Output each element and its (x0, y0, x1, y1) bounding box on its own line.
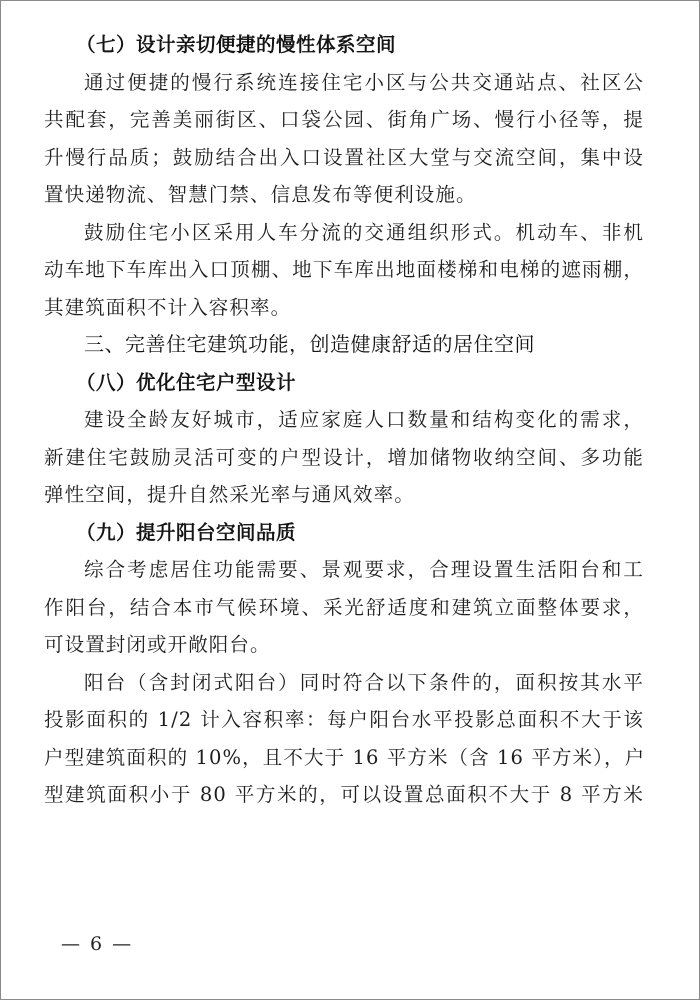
paragraph-line: 建设全龄友好城市，适应家庭人口数量和结构变化的需求， (44, 401, 644, 439)
paragraph-line: 型建筑面积小于 80 平方米的，可以设置总面积不大于 8 平方米 (44, 776, 644, 814)
paragraph-line: 通过便捷的慢行系统连接住宅小区与公共交通站点、社区公 (44, 64, 644, 102)
paragraph-line: 阳台（含封闭式阳台）同时符合以下条件的，面积按其水平 (44, 664, 644, 702)
paragraph-pedestrian-vehicle-separation: 鼓励住宅小区采用人车分流的交通组织形式。机动车、非机 动车地下车库出入口顶棚、地… (44, 214, 644, 327)
paragraph-line: 其建筑面积不计入容积率。 (44, 289, 644, 327)
paragraph-line: 综合考虑居住功能需要、景观要求，合理设置生活阳台和工 (44, 551, 644, 589)
paragraph-line: 动车地下车库出入口顶棚、地下车库出地面楼梯和电梯的遮雨棚， (44, 251, 644, 289)
paragraph-line: 作阳台，结合本市气候环境、采光舒适度和建筑立面整体要求， (44, 589, 644, 627)
subheading-7: （七）设计亲切便捷的慢性体系空间 (44, 26, 644, 64)
paragraph-slow-traffic: 通过便捷的慢行系统连接住宅小区与公共交通站点、社区公 共配套，完善美丽街区、口袋… (44, 64, 644, 214)
subheading-9: （九）提升阳台空间品质 (44, 514, 644, 552)
paragraph-line: 置快递物流、智慧门禁、信息发布等便利设施。 (44, 176, 644, 214)
paragraph-line: 升慢行品质；鼓励结合出入口设置社区大堂与交流空间，集中设 (44, 139, 644, 177)
paragraph-line: 弹性空间，提升自然采光率与通风效率。 (44, 476, 644, 514)
paragraph-unit-design: 建设全龄友好城市，适应家庭人口数量和结构变化的需求， 新建住宅鼓励灵活可变的户型… (44, 401, 644, 514)
paragraph-line: 鼓励住宅小区采用人车分流的交通组织形式。机动车、非机 (44, 214, 644, 252)
document-page: （七）设计亲切便捷的慢性体系空间 通过便捷的慢行系统连接住宅小区与公共交通站点、… (0, 0, 700, 1000)
paragraph-balcony-design: 综合考虑居住功能需要、景观要求，合理设置生活阳台和工 作阳台，结合本市气候环境、… (44, 551, 644, 664)
paragraph-line: 可设置封闭或开敞阳台。 (44, 626, 644, 664)
subheading-8: （八）优化住宅户型设计 (44, 364, 644, 402)
paragraph-line: 新建住宅鼓励灵活可变的户型设计，增加储物收纳空间、多功能 (44, 439, 644, 477)
paragraph-line: 户型建筑面积的 10%，且不大于 16 平方米（含 16 平方米），户 (44, 739, 644, 777)
paragraph-line: 投影面积的 1/2 计入容积率：每户阳台水平投影总面积不大于该 (44, 701, 644, 739)
paragraph-balcony-floor-area-ratio: 阳台（含封闭式阳台）同时符合以下条件的，面积按其水平 投影面积的 1/2 计入容… (44, 664, 644, 814)
page-number: — 6 — (61, 933, 133, 955)
page-content: （七）设计亲切便捷的慢性体系空间 通过便捷的慢行系统连接住宅小区与公共交通站点、… (44, 26, 644, 814)
paragraph-line: 共配套，完善美丽街区、口袋公园、街角广场、慢行小径等，提 (44, 101, 644, 139)
section-heading-3: 三、完善住宅建筑功能，创造健康舒适的居住空间 (44, 326, 644, 364)
